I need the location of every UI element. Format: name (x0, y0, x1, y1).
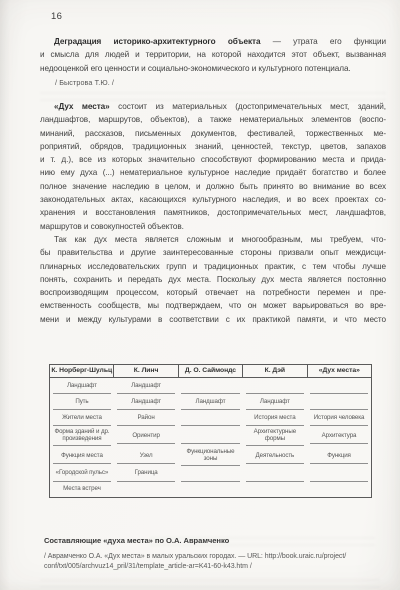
table-cell: Ориентир (114, 426, 178, 446)
table-cell (178, 410, 242, 426)
table-cell (307, 378, 371, 395)
spirit-of-place-table: К. Норберг-ШульцК. ЛинчД. О. СаймондсК. … (49, 364, 372, 498)
table-cell (307, 482, 371, 498)
table-cell: Жители места (50, 410, 114, 426)
cell-text (310, 466, 368, 482)
text-line: емственность сообществ, мы подтверждаем,… (40, 299, 386, 312)
table-cell (178, 426, 242, 446)
table-row: Места встреч (50, 482, 372, 498)
cell-text (117, 482, 175, 497)
table-body: ЛандшафтЛандшафтПутьЛандшафтЛандшафтЛанд… (50, 378, 372, 498)
cell-text (246, 466, 304, 482)
table-cell: История человека (307, 410, 371, 426)
cell-text: Ориентир (117, 428, 175, 444)
table-cell: Путь (50, 394, 114, 410)
table-row: Жители местаРайонИстория местаИстория че… (50, 410, 372, 426)
table-header: К. Норберг-ШульцК. ЛинчД. О. СаймондсК. … (50, 365, 372, 378)
text-line: законодательных актах, касающихся культу… (40, 193, 386, 206)
text-line: «Дух места» состоит из материальных (дос… (40, 100, 386, 113)
table-row: ПутьЛандшафтЛандшафтЛандшафт (50, 394, 372, 410)
table-cell: Район (114, 410, 178, 426)
page-number: 16 (51, 11, 62, 22)
text-line: бы правительства и другие заинтересованн… (40, 246, 386, 259)
cell-text: Места встреч (53, 482, 111, 497)
cell-text (246, 378, 304, 394)
cell-text: Архитектурные формы (246, 426, 304, 446)
text-line: Так как дух места является сложным и мно… (40, 233, 386, 246)
table-cell: Граница (114, 466, 178, 482)
table-cell: Ландшафт (114, 394, 178, 410)
text-line: нию ему духа (...) нематериальное культу… (40, 166, 386, 179)
table-cell: Архитектурные формы (243, 426, 307, 446)
table-cell (243, 378, 307, 395)
text-line: мени и между культурами в соответствии с… (40, 313, 386, 326)
text-line: недооценкой его ценности и социально-эко… (40, 62, 386, 75)
cell-text: Район (117, 410, 175, 426)
table-cell: Узел (114, 446, 178, 466)
text-line: хранения и восстановления памятников, до… (40, 206, 386, 219)
table-cell: «Городской пульс» (50, 466, 114, 482)
cell-text: «Городской пульс» (53, 466, 111, 482)
scan-edge-shadow (0, 0, 10, 590)
table-row: Функция местаУзелФункциональные зоныДеят… (50, 446, 372, 466)
cell-text: Граница (117, 466, 175, 482)
bold-term: Деградация историко-архитектурного объек… (54, 37, 260, 46)
text-line: минаний, рассказов, письменных документо… (40, 127, 386, 140)
table-row: Форма зданий и др. произведенияОриентирА… (50, 426, 372, 446)
cell-text: Функция места (53, 448, 111, 464)
column-header: К. Дэй (243, 365, 307, 378)
table-cell (307, 466, 371, 482)
table-cell: Ландшафт (243, 394, 307, 410)
table-cell: Архитектура (307, 426, 371, 446)
definition-lines: Деградация историко-архитектурного объек… (40, 35, 386, 75)
table-cell (114, 482, 178, 498)
table-cell: Функция места (50, 446, 114, 466)
table-row: ЛандшафтЛандшафт (50, 378, 372, 395)
text-line: маршрутов и совокупностей объектов. (40, 220, 386, 233)
text-line: плинарных исследовательских групп и трад… (40, 260, 386, 273)
cell-text: История человека (310, 410, 368, 426)
cell-text: Ландшафт (53, 378, 111, 394)
column-header: «Дух места» (307, 365, 371, 378)
table-row: «Городской пульс»Граница (50, 466, 372, 482)
text-line: и смысла для людей и территории, на кото… (40, 48, 386, 61)
column-header: К. Линч (114, 365, 178, 378)
table-cell (178, 378, 242, 395)
table-header-row: К. Норберг-ШульцК. ЛинчД. О. СаймондсК. … (50, 365, 372, 378)
table-cell (178, 482, 242, 498)
column-header: Д. О. Саймондс (178, 365, 242, 378)
table-cell: История места (243, 410, 307, 426)
cell-text (181, 482, 239, 497)
cell-text (310, 482, 368, 497)
definition-paragraph: Деградация историко-архитектурного объек… (40, 35, 386, 87)
table-caption: Составляющие «духа места» по О.А. Аврамч… (44, 536, 380, 545)
table-cell: Деятельность (243, 446, 307, 466)
table-cell: Функция (307, 446, 371, 466)
text-line: роприятий, обрядов, традиционных знаний,… (40, 140, 386, 153)
text-line: понять, сохранить и передать дух места. … (40, 273, 386, 286)
footnote-line: / Аврамченко О.А. «Дух места» в малых ур… (44, 552, 382, 562)
body-text: «Дух места» состоит из материальных (дос… (40, 100, 386, 326)
attribution: / Быстрова Т.Ю. / (40, 78, 386, 87)
cell-text: Функция (310, 448, 368, 464)
cell-text: Деятельность (246, 448, 304, 464)
cell-text (310, 394, 368, 410)
table-cell: Форма зданий и др. произведения (50, 426, 114, 446)
table-cell (243, 482, 307, 498)
cell-text (181, 466, 239, 482)
cell-text: Архитектура (310, 428, 368, 444)
table-cell: Функциональные зоны (178, 446, 242, 466)
text-line: полное значение наследию в целом, и долж… (40, 180, 386, 193)
cell-text: Жители места (53, 410, 111, 426)
cell-text: Ландшафт (181, 394, 239, 410)
table-cell: Ландшафт (50, 378, 114, 395)
cell-text: Путь (53, 394, 111, 410)
scan-artifact (40, 577, 380, 588)
text-line: ландшафтов, маршрутов, объектов), а такж… (40, 113, 386, 126)
body-lines: «Дух места» состоит из материальных (дос… (40, 100, 386, 326)
cell-text: Ландшафт (117, 394, 175, 410)
text-line: воспроизводящим процессом, который отвеч… (40, 286, 386, 299)
table-cell (178, 466, 242, 482)
bold-term: «Дух места» (54, 102, 110, 111)
cell-text: Форма зданий и др. произведения (53, 426, 111, 446)
cell-text: Функциональные зоны (181, 446, 239, 466)
cell-text (181, 428, 239, 444)
footnote: / Аврамченко О.А. «Дух места» в малых ур… (44, 552, 382, 572)
table-cell: Ландшафт (178, 394, 242, 410)
table-cell: Места встреч (50, 482, 114, 498)
cell-text: Ландшафт (246, 394, 304, 410)
table-cell (307, 394, 371, 410)
column-header: К. Норберг-Шульц (50, 365, 114, 378)
cell-text: Узел (117, 448, 175, 464)
text-line: Деградация историко-архитектурного объек… (40, 35, 386, 48)
document-page: 16 Деградация историко-архитектурного об… (0, 0, 400, 590)
table-cell: Ландшафт (114, 378, 178, 395)
cell-text: Ландшафт (117, 378, 175, 394)
cell-text: История места (246, 410, 304, 426)
text-line: и т. д.), все из которых значительно спо… (40, 153, 386, 166)
table-cell (243, 466, 307, 482)
cell-text (310, 378, 368, 394)
cell-text (181, 410, 239, 426)
footnote-line: conf/txt/005/archvuz14_pril/31/template_… (44, 562, 382, 572)
cell-text (181, 378, 239, 394)
cell-text (246, 482, 304, 497)
